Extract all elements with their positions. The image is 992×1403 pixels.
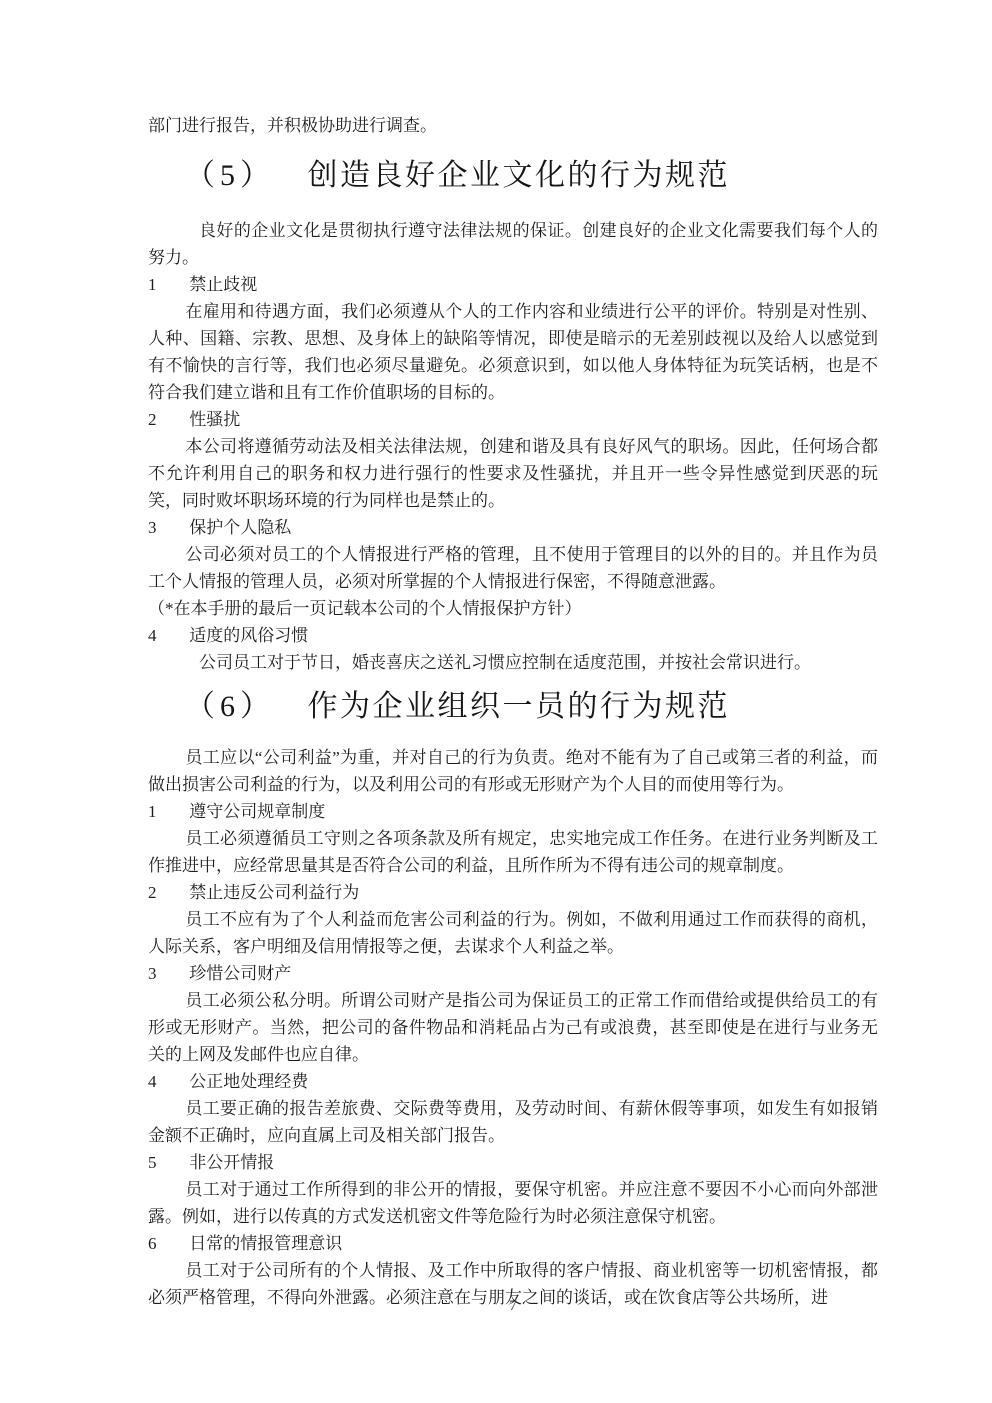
item-heading: 6 日常的情报管理意识 bbox=[148, 1230, 878, 1257]
section-heading-number: （6） bbox=[185, 690, 275, 723]
item-paragraph: 公司必须对员工的个人情报进行严格的管理，且不使用于管理目的以外的目的。并且作为员… bbox=[148, 541, 878, 595]
item-paragraph: 在雇用和待遇方面，我们必须遵从个人的工作内容和业绩进行公平的评价。特别是对性别、… bbox=[148, 298, 878, 406]
section-heading-title: 创造良好企业文化的行为规范 bbox=[308, 159, 731, 192]
item-title: 日常的情报管理意识 bbox=[189, 1234, 342, 1253]
item-heading: 1 禁止歧视 bbox=[148, 271, 878, 298]
item-heading: 2 性骚扰 bbox=[148, 406, 878, 433]
item-title: 公正地处理经费 bbox=[189, 1072, 308, 1091]
page-content: 部门进行报告，并积极协助进行调查。 （5） 创造良好企业文化的行为规范 良好的企… bbox=[0, 0, 992, 1311]
item-title: 禁止违反公司利益行为 bbox=[189, 883, 359, 902]
item-number: 4 bbox=[148, 622, 185, 649]
item-heading: 1 遵守公司规章制度 bbox=[148, 798, 878, 825]
item-heading: 2 禁止违反公司利益行为 bbox=[148, 879, 878, 906]
item-title: 保护个人隐私 bbox=[189, 518, 291, 537]
item-number: 1 bbox=[148, 798, 185, 825]
item-heading: 4 适度的风俗习惯 bbox=[148, 622, 878, 649]
item-heading: 3 保护个人隐私 bbox=[148, 514, 878, 541]
item-paragraph: 员工对于通过工作所得到的非公开的情报，要保守机密。并应注意不要因不小心而向外部泄… bbox=[148, 1176, 878, 1230]
item-number: 2 bbox=[148, 879, 185, 906]
item-title: 非公开情报 bbox=[189, 1153, 274, 1172]
item-number: 6 bbox=[148, 1230, 185, 1257]
item-number: 1 bbox=[148, 271, 185, 298]
section-heading-5: （5） 创造良好企业文化的行为规范 bbox=[148, 155, 878, 197]
item-number: 5 bbox=[148, 1149, 185, 1176]
item-heading: 5 非公开情报 bbox=[148, 1149, 878, 1176]
section-intro: 良好的企业文化是贯彻执行遵守法律法规的保证。创建良好的企业文化需要我们每个人的努… bbox=[148, 217, 878, 271]
item-number: 4 bbox=[148, 1068, 185, 1095]
item-title: 适度的风俗习惯 bbox=[189, 626, 308, 645]
item-paragraph: 员工不应有为了个人利益而危害公司利益的行为。例如，不做利用通过工作而获得的商机，… bbox=[148, 906, 878, 960]
item-paragraph: 本公司将遵循劳动法及相关法律法规，创建和谐及具有良好风气的职场。因此，任何场合都… bbox=[148, 433, 878, 514]
page-number: 7 bbox=[148, 1296, 878, 1316]
item-paragraph: 公司员工对于节日，婚丧喜庆之送礼习惯应控制在适度范围，并按社会常识进行。 bbox=[148, 649, 878, 676]
item-number: 3 bbox=[148, 960, 185, 987]
section-heading-6: （6） 作为企业组织一员的行为规范 bbox=[148, 686, 878, 728]
item-heading: 3 珍惜公司财产 bbox=[148, 960, 878, 987]
item-title: 性骚扰 bbox=[189, 410, 240, 429]
item-number: 3 bbox=[148, 514, 185, 541]
section-heading-title: 作为企业组织一员的行为规范 bbox=[308, 690, 731, 723]
item-title: 遵守公司规章制度 bbox=[189, 802, 325, 821]
continuation-paragraph: 部门进行报告，并积极协助进行调查。 bbox=[148, 112, 878, 139]
document-page: 部门进行报告，并积极协助进行调查。 （5） 创造良好企业文化的行为规范 良好的企… bbox=[0, 0, 992, 1403]
item-paragraph: 员工要正确的报告差旅费、交际费等费用，及劳动时间、有薪休假等事项，如发生有如报销… bbox=[148, 1095, 878, 1149]
item-title: 禁止歧视 bbox=[189, 275, 257, 294]
item-title: 珍惜公司财产 bbox=[189, 964, 291, 983]
item-paragraph: 员工必须公私分明。所谓公司财产是指公司为保证员工的正常工作而借给或提供给员工的有… bbox=[148, 987, 878, 1068]
section-heading-number: （5） bbox=[185, 159, 275, 192]
item-number: 2 bbox=[148, 406, 185, 433]
item-footnote: （*在本手册的最后一页记载本公司的个人情报保护方针） bbox=[148, 595, 878, 622]
item-heading: 4 公正地处理经费 bbox=[148, 1068, 878, 1095]
item-paragraph: 员工必须遵循员工守则之各项条款及所有规定，忠实地完成工作任务。在进行业务判断及工… bbox=[148, 825, 878, 879]
section-intro: 员工应以“公司利益”为重，并对自己的行为负责。绝对不能有为了自己或第三者的利益，… bbox=[148, 744, 878, 798]
